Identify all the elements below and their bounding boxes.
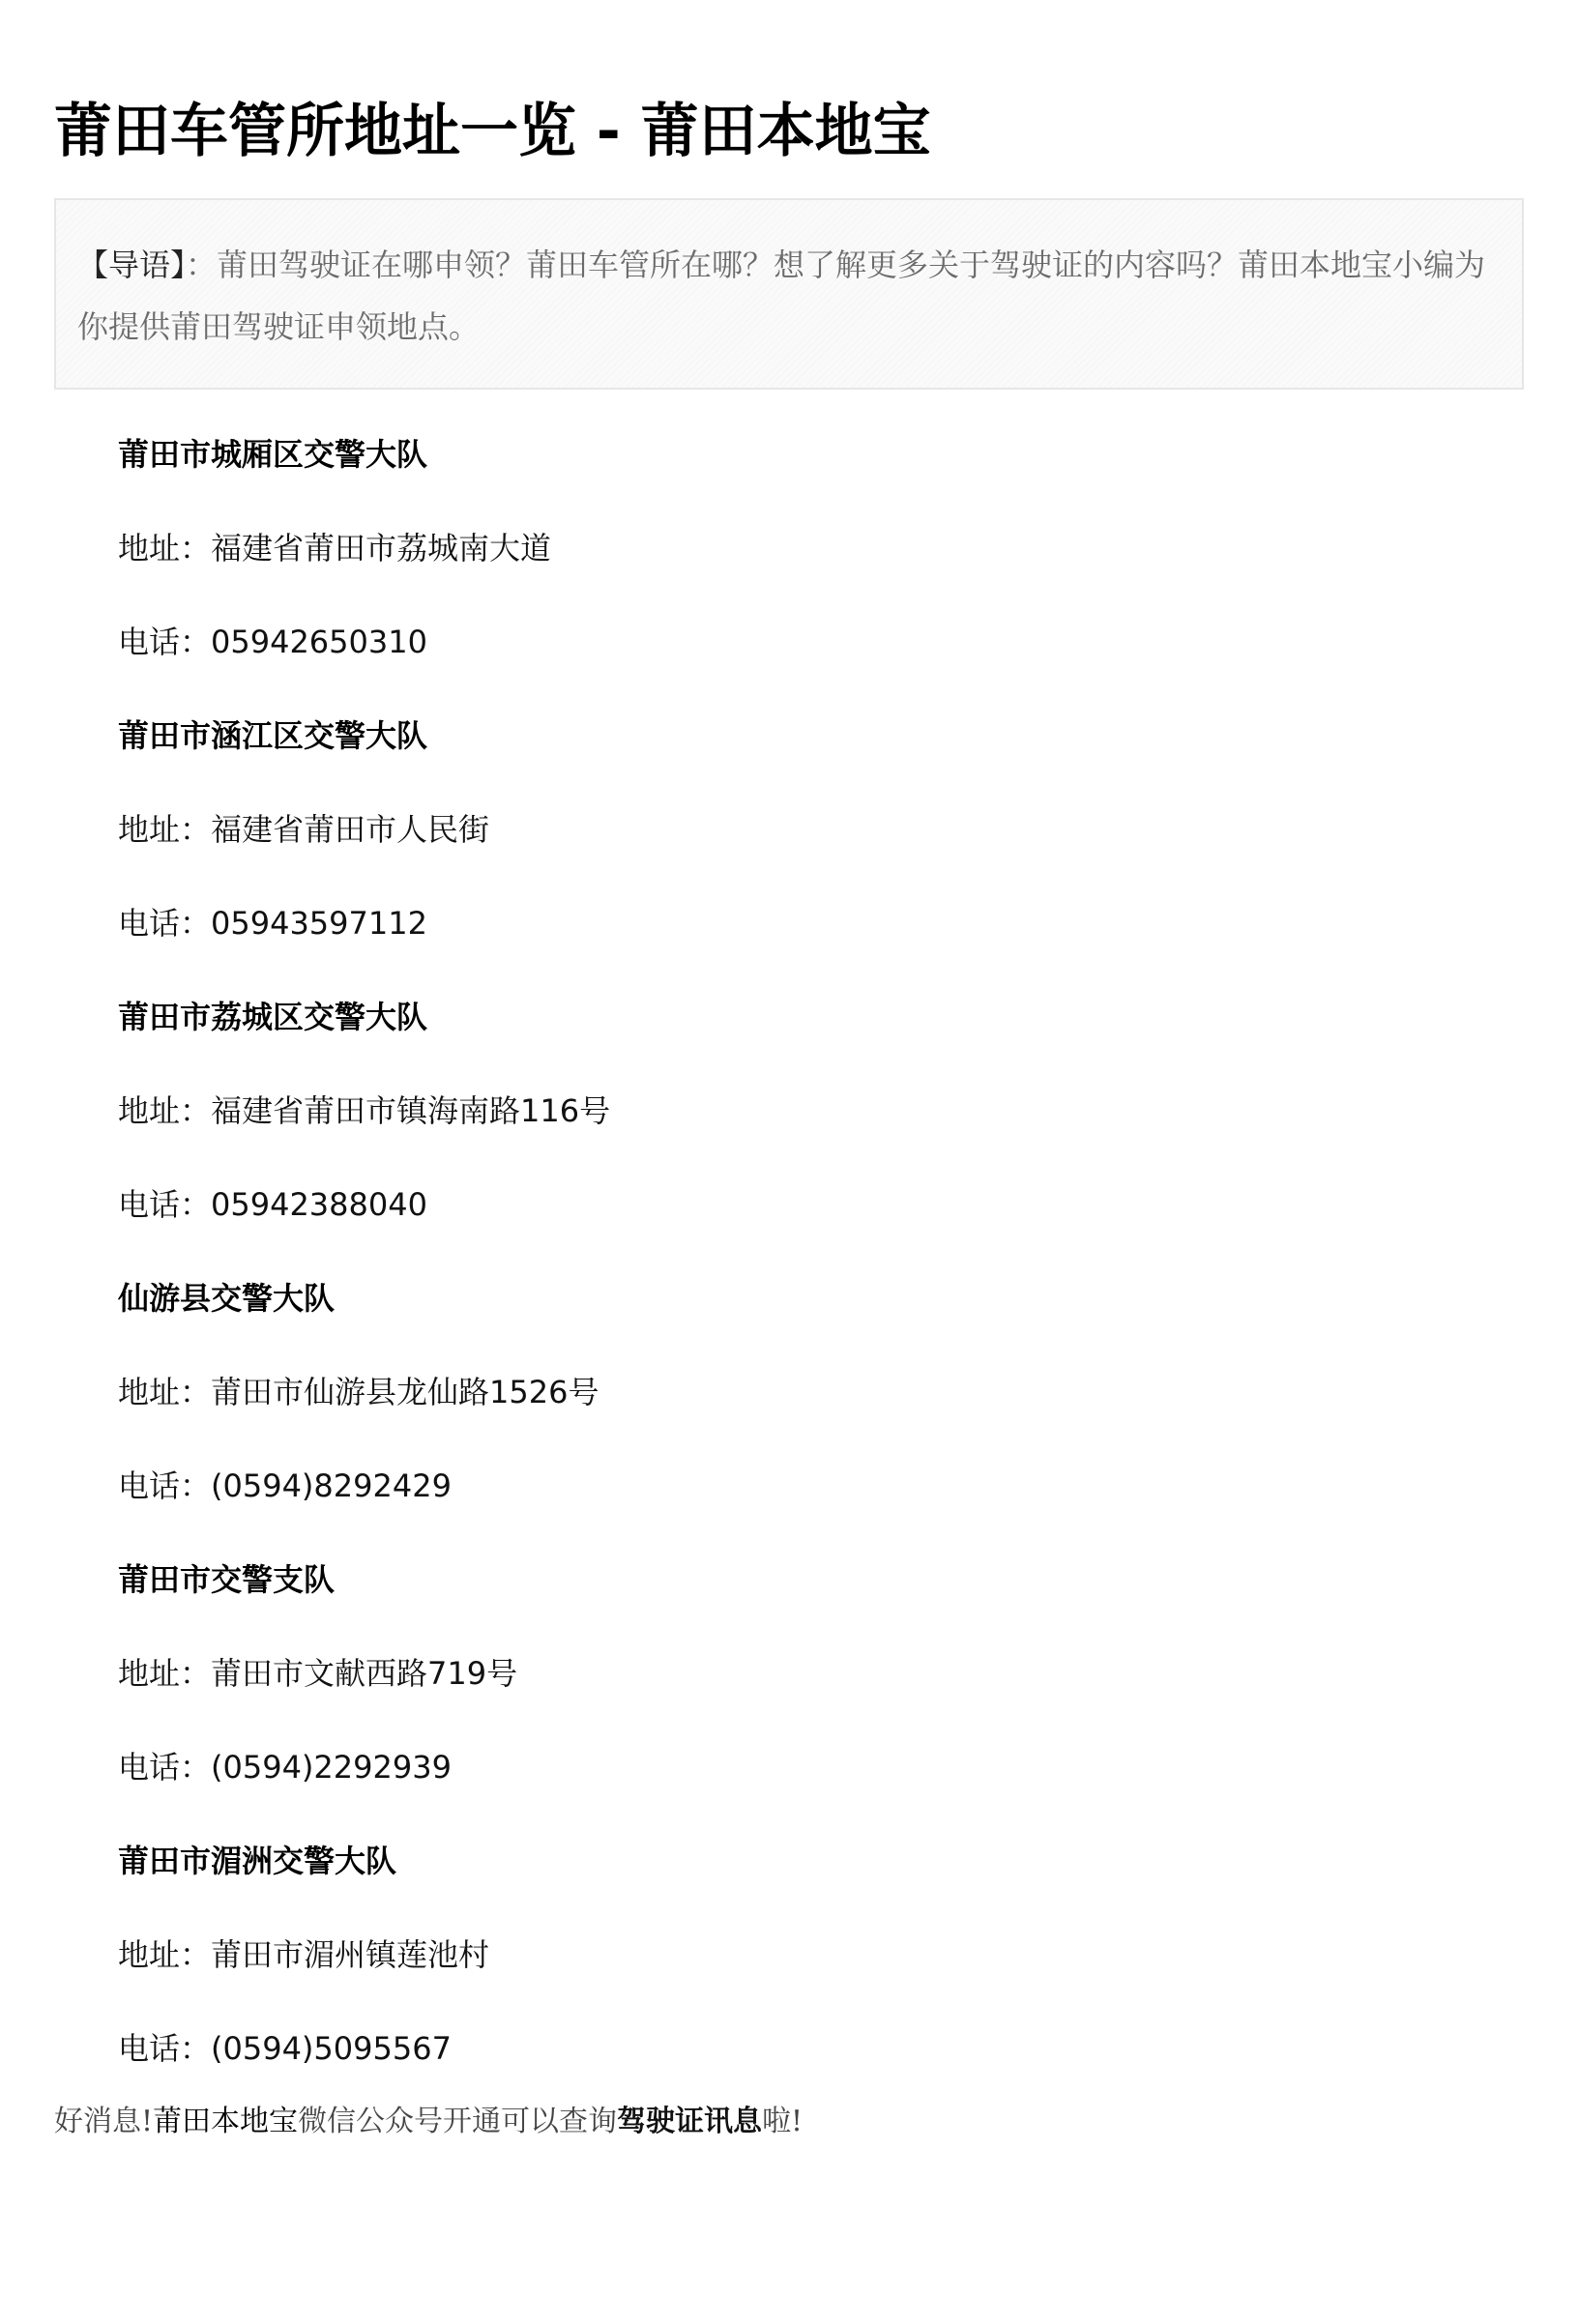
office-entry: 莆田市涵江区交警大队 地址：福建省莆田市人民街 电话：05943597112 (118, 705, 1472, 986)
office-address: 地址：莆田市仙游县龙仙路1526号 (118, 1361, 1472, 1455)
intro-body: ：莆田驾驶证在哪申领？莆田车管所在哪？想了解更多关于驾驶证的内容吗？莆田本地宝小… (77, 247, 1485, 345)
office-entry: 莆田市荔城区交警大队 地址：福建省莆田市镇海南路116号 电话：05942388… (118, 986, 1472, 1267)
office-name: 莆田市城厢区交警大队 (118, 423, 1472, 517)
office-name: 莆田市湄洲交警大队 (118, 1830, 1472, 1924)
office-entry: 莆田市湄洲交警大队 地址：莆田市湄州镇莲池村 电话：(0594)5095567 (118, 1830, 1472, 2111)
office-address: 地址：莆田市湄州镇莲池村 (118, 1924, 1472, 2018)
office-entry: 莆田市城厢区交警大队 地址：福建省莆田市荔城南大道 电话：05942650310 (118, 423, 1472, 705)
page-title: 莆田车管所地址一览 - 莆田本地宝 (54, 93, 931, 170)
office-name: 莆田市荔城区交警大队 (118, 986, 1472, 1080)
office-address: 地址：福建省莆田市人民街 (118, 799, 1472, 892)
office-name: 莆田市涵江区交警大队 (118, 705, 1472, 799)
office-phone: 电话：05942388040 (118, 1174, 1472, 1267)
footer-brand: 莆田本地宝 (153, 2105, 298, 2138)
footer-highlight: 驾驶证讯息 (617, 2105, 762, 2138)
office-phone: 电话：05943597112 (118, 892, 1472, 986)
office-phone: 电话：(0594)5095567 (118, 2018, 1472, 2111)
footer-middle: 微信公众号开通可以查询 (298, 2105, 617, 2138)
office-address: 地址：福建省莆田市镇海南路116号 (118, 1080, 1472, 1174)
footer-suffix: 啦! (762, 2105, 803, 2138)
intro-box: 【导语】：莆田驾驶证在哪申领？莆田车管所在哪？想了解更多关于驾驶证的内容吗？莆田… (54, 198, 1524, 390)
footer-prefix: 好消息! (54, 2105, 153, 2138)
intro-paragraph: 【导语】：莆田驾驶证在哪申领？莆田车管所在哪？想了解更多关于驾驶证的内容吗？莆田… (77, 234, 1508, 358)
office-entry: 莆田市交警支队 地址：莆田市文献西路719号 电话：(0594)2292939 (118, 1549, 1472, 1830)
office-name: 莆田市交警支队 (118, 1549, 1472, 1642)
office-entry: 仙游县交警大队 地址：莆田市仙游县龙仙路1526号 电话：(0594)82924… (118, 1267, 1472, 1549)
intro-label: 【导语】 (77, 247, 186, 283)
footer-promo: 好消息!莆田本地宝微信公众号开通可以查询驾驶证讯息啦! (54, 2100, 803, 2144)
office-address: 地址：莆田市文献西路719号 (118, 1642, 1472, 1736)
office-phone: 电话：(0594)2292939 (118, 1736, 1472, 1830)
office-phone: 电话：(0594)8292429 (118, 1455, 1472, 1549)
office-name: 仙游县交警大队 (118, 1267, 1472, 1361)
office-list: 莆田市城厢区交警大队 地址：福建省莆田市荔城南大道 电话：05942650310… (118, 423, 1472, 2111)
office-phone: 电话：05942650310 (118, 611, 1472, 705)
office-address: 地址：福建省莆田市荔城南大道 (118, 517, 1472, 611)
